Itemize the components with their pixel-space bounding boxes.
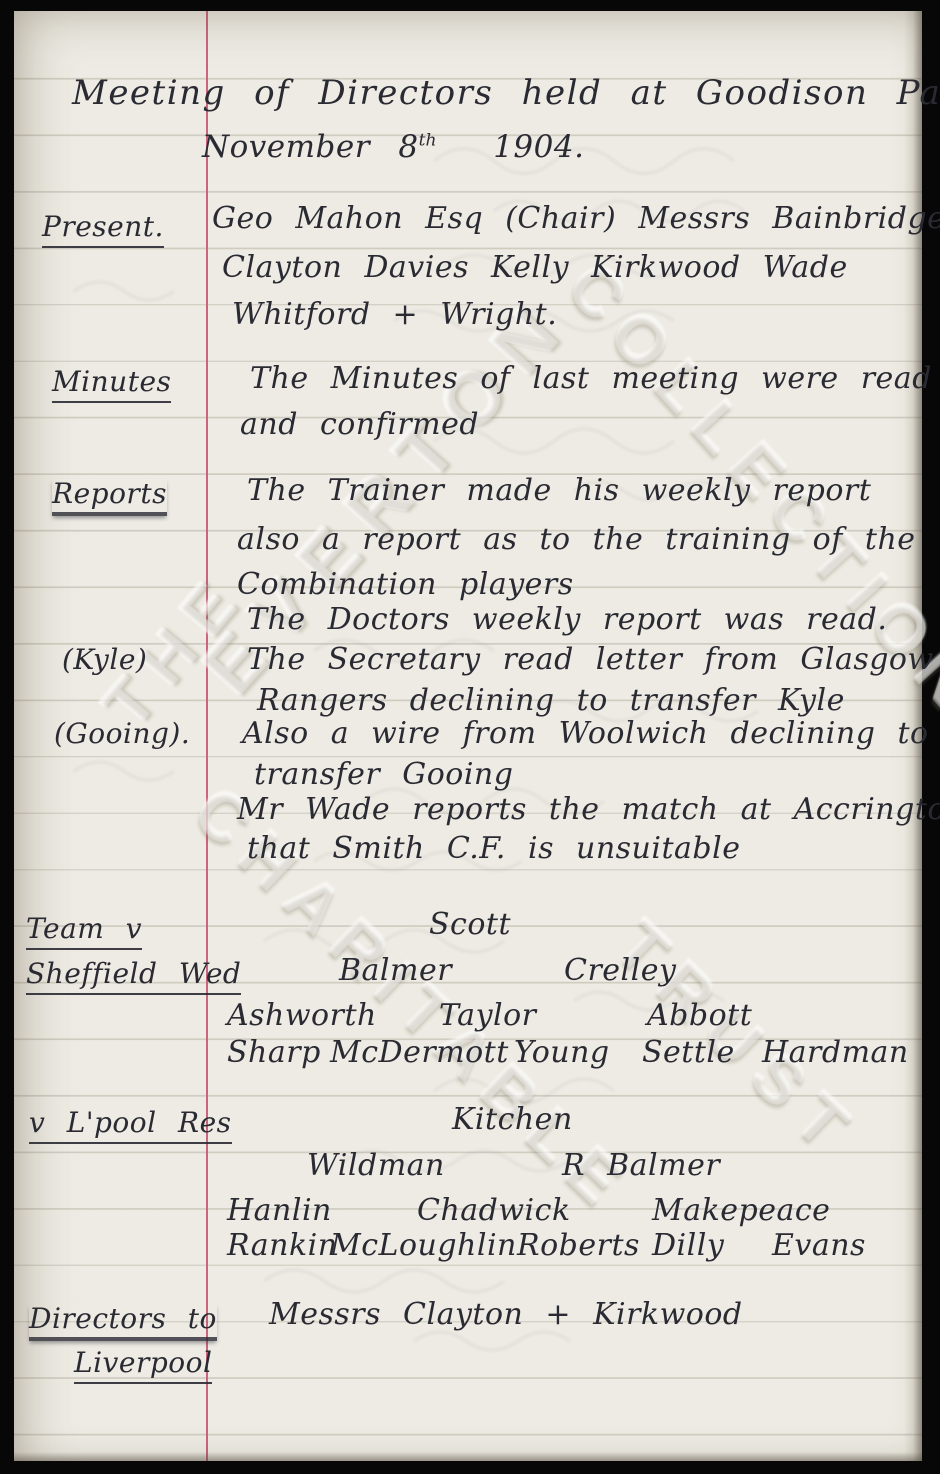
player-name: Taylor: [439, 999, 537, 1032]
reports-line: that Smith C.F. is unsuitable: [247, 832, 740, 865]
player-name: Young: [514, 1036, 610, 1069]
player-name: R Balmer: [562, 1149, 720, 1182]
reports-line: transfer Gooing: [254, 758, 513, 791]
minutes-line: The Minutes of last meeting were read: [250, 362, 932, 395]
present-line: Whitford + Wright.: [232, 298, 557, 331]
present-heading: Present.: [42, 212, 164, 248]
player-name: Hardman: [762, 1036, 909, 1069]
minutes-heading: Minutes: [52, 367, 171, 403]
minutes-line: and confirmed: [240, 408, 479, 441]
player-name: Hanlin: [227, 1194, 332, 1227]
meeting-title: Meeting of Directors held at Goodison Pa…: [72, 75, 940, 112]
present-line: Geo Mahon Esq (Chair) Messrs Bainbridge: [212, 202, 940, 235]
player-name: Roberts: [517, 1229, 640, 1262]
reports-line: The Doctors weekly report was read.: [247, 603, 887, 636]
player-name: Rankin: [227, 1229, 338, 1262]
directors-heading-line1: Directors to: [29, 1304, 217, 1341]
margin-note-kyle: (Kyle): [62, 645, 147, 676]
reports-line: The Trainer made his weekly report: [247, 474, 871, 507]
player-name: Sharp: [227, 1036, 321, 1069]
reports-line: Combination players: [237, 568, 574, 601]
meeting-date-main: November 8: [202, 129, 419, 165]
player-name: Evans: [772, 1229, 866, 1262]
player-name: Ashworth: [227, 999, 377, 1032]
player-name: Balmer: [339, 954, 452, 987]
ledger-page: THE EVERTON COLLECTION CHARITABLE TRUST …: [14, 11, 922, 1461]
lpool-res-heading: v L'pool Res: [29, 1108, 232, 1144]
reports-line: Mr Wade reports the match at Accrington: [237, 793, 940, 826]
present-line: Clayton Davies Kelly Kirkwood Wade: [222, 251, 848, 284]
player-name: Scott: [429, 908, 511, 941]
player-name: Kitchen: [452, 1103, 573, 1136]
scanned-minute-book: { "colors": { "paper": "#edebe3", "ink":…: [0, 0, 940, 1474]
page-bottom-edge: [14, 1452, 922, 1461]
player-name: Abbott: [647, 999, 752, 1032]
reports-line: also a report as to the training of the: [237, 523, 916, 556]
meeting-date-ordinal: th: [419, 131, 437, 151]
directors-line: Messrs Clayton + Kirkwood: [269, 1298, 743, 1331]
player-name: Chadwick: [417, 1194, 571, 1227]
player-name: Wildman: [307, 1149, 445, 1182]
meeting-date: November 8th 1904.: [202, 130, 584, 164]
reports-heading: Reports: [52, 479, 167, 516]
player-name: Dilly: [652, 1229, 724, 1262]
player-name: Settle: [642, 1036, 735, 1069]
reports-line: Rangers declining to transfer Kyle: [257, 684, 845, 717]
player-name: Crelley: [564, 954, 676, 987]
meeting-date-year: 1904.: [493, 129, 584, 165]
margin-note-gooing: (Gooing).: [54, 719, 190, 750]
reports-line: The Secretary read letter from Glasgow: [247, 643, 934, 676]
team-heading-line2: Sheffield Wed: [26, 959, 241, 995]
player-name: McLoughlin: [330, 1229, 517, 1262]
directors-heading-line2: Liverpool: [74, 1348, 212, 1384]
team-heading-line1: Team v: [26, 914, 142, 950]
reports-line: Also a wire from Woolwich declining to: [242, 717, 929, 750]
player-name: Makepeace: [652, 1194, 830, 1227]
player-name: McDermott: [330, 1036, 509, 1069]
